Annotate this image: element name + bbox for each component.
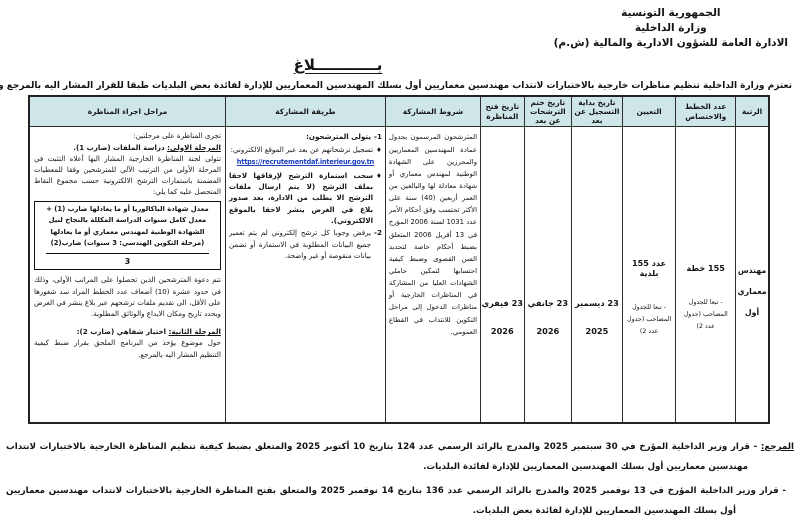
rank-word: أول	[736, 302, 768, 323]
formula-numerator: معدل شهادة الباكالوريا أو ما يعادلها ضار…	[38, 204, 217, 250]
col-header-stages: مراحل اجراء المناظرة	[29, 96, 225, 127]
cell-rank: مهندس معماري أول	[736, 127, 769, 423]
col-header-conditions: شروط المشاركة	[385, 96, 480, 127]
intro-paragraph: تعتزم وزارة الداخلية تنظيم مناظرات خارجي…	[6, 81, 792, 91]
method-item-2-text: يرفض وجوبا كل ترشح إلكتروني لم يتم تعمير…	[229, 227, 371, 261]
method-item-1-text: يتولى المترشحون:	[306, 131, 371, 142]
competition-table: الرتبة عدد الخطط والاختصاص التعيين تاريخ…	[28, 95, 770, 424]
col-header-registration-end-date: تاريخ ختم الترشحات عن بعد	[524, 96, 572, 127]
stage-2-title: المرحلة الثانية:	[169, 327, 221, 336]
fraction-line	[46, 253, 209, 254]
cell-conditions: المترشحون المرسمون بجدول عمادة المهندسين…	[385, 127, 480, 423]
reference-label: المرجع:	[761, 442, 794, 452]
cell-stages: تجرى المناظرة على مرحلتين: المرحلة الاول…	[29, 127, 225, 423]
assignment-count: عدد 155 بلدية	[623, 258, 676, 278]
date-year: 2026	[481, 326, 524, 336]
col-header-method: طريقة المشاركة	[225, 96, 385, 127]
letterhead-administration: الادارة العامة للشؤون الادارية والمالية …	[554, 36, 788, 51]
cell-registration-end-date: 23 جانفي 2026	[524, 127, 572, 423]
stage-2-text: حول موضوع يؤخذ من البرنامج الملحق بقرار …	[34, 337, 221, 359]
cell-method: 1- يتولى المترشحون: ♦ تسجيل ترشحاتهم عن …	[225, 127, 385, 423]
assignment-note: - تبعا للجدول المصاحب (جدول عدد 2)	[623, 302, 676, 338]
stage-1-subtitle: دراسة الملفات (ضارب 1).	[73, 143, 167, 152]
reference-paragraph-1: المرجع: - قرار وزير الداخلية المؤرخ في 3…	[6, 437, 794, 478]
method-bullet-1-text: تسجيل ترشحاتهم عن بعد عبر الموقع الالكتر…	[231, 144, 373, 155]
stages-intro: تجرى المناظرة على مرحلتين:	[34, 130, 221, 141]
method-bullet-2-text: سحب استمارة الترشح لإرفاقها لاحقا بملف ا…	[229, 170, 373, 227]
table-header-row: الرتبة عدد الخطط والاختصاص التعيين تاريخ…	[29, 96, 769, 127]
reference-1-text: - قرار وزير الداخلية المؤرخ في 30 سبتمبر…	[6, 442, 757, 472]
item-number: 1-	[374, 131, 382, 142]
stage-1-heading: المرحلة الاولى: دراسة الملفات (ضارب 1).	[34, 142, 221, 153]
formula-denominator: 3	[38, 255, 217, 269]
col-header-posts: عدد الخطط والاختصاص	[676, 96, 736, 127]
col-header-exam-open-date: تاريخ فتح المناظرة	[481, 96, 525, 127]
rank-word: مهندس	[736, 260, 768, 281]
method-item-1: 1- يتولى المترشحون:	[229, 131, 382, 142]
cell-posts-count: 155 خطة - تبعا للجدول المصاحب (جدول عدد …	[676, 127, 736, 423]
cell-registration-start-date: 23 ديسمبر 2025	[572, 127, 623, 423]
table-row: مهندس معماري أول 155 خطة - تبعا للجدول ا…	[29, 127, 769, 423]
date-day-month: 23 جانفي	[525, 298, 572, 308]
date-year: 2026	[525, 326, 572, 336]
letterhead-ministry: وزارة الداخلية	[554, 21, 788, 36]
registration-url-link[interactable]: https://recrutementdaf.interieur.gov.tn	[229, 157, 382, 168]
method-item-2: 2- يرفض وجوبا كل ترشح إلكتروني لم يتم تع…	[229, 227, 382, 261]
stage-1-followup-text: تتم دعوة المترشحين الذين تحصلوا على المر…	[34, 274, 221, 319]
cell-assignment: عدد 155 بلدية - تبعا للجدول المصاحب (جدو…	[622, 127, 676, 423]
reference-paragraph-2: - قرار وزير الداخلية المؤرخ في 13 نوفمبر…	[6, 481, 794, 517]
posts-note: - تبعا للجدول المصاحب (جدول عدد 2)	[676, 297, 735, 333]
cell-exam-open-date: 23 فيفري 2026	[481, 127, 525, 423]
diamond-bullet-icon: ♦	[376, 170, 382, 227]
letterhead-republic: الجمهورية التونسية	[554, 6, 788, 21]
date-day-month: 23 ديسمبر	[572, 298, 622, 308]
score-formula-box: معدل شهادة الباكالوريا أو ما يعادلها ضار…	[34, 201, 221, 271]
method-bullet-2: ♦ سحب استمارة الترشح لإرفاقها لاحقا بملف…	[229, 170, 382, 227]
posts-count: 155 خطة	[676, 263, 735, 273]
diamond-bullet-icon: ♦	[376, 144, 382, 155]
stage-1-text: تتولى لجنة المناظرة الخارجية المشار اليه…	[34, 153, 221, 198]
stage-2-heading: المرحلة الثانية: اختبار شفاهي (ضارب 2):	[34, 326, 221, 337]
stage-2-subtitle: اختبار شفاهي (ضارب 2):	[77, 327, 169, 336]
col-header-rank: الرتبة	[736, 96, 769, 127]
page-title: بــــــــــــلاغ	[294, 56, 383, 74]
date-year: 2025	[572, 326, 622, 336]
stage-1-title: المرحلة الاولى:	[167, 143, 221, 152]
col-header-registration-start-date: تاريخ بداية التسجيل عن بعد	[572, 96, 623, 127]
date-day-month: 23 فيفري	[481, 298, 524, 308]
rank-word: معماري	[736, 281, 768, 302]
method-bullet-1: ♦ تسجيل ترشحاتهم عن بعد عبر الموقع الالك…	[229, 144, 382, 155]
reference-section: المرجع: - قرار وزير الداخلية المؤرخ في 3…	[6, 437, 794, 517]
item-number: 2-	[374, 227, 382, 261]
col-header-assignment: التعيين	[622, 96, 676, 127]
letterhead: الجمهورية التونسية وزارة الداخلية الادار…	[554, 6, 788, 52]
